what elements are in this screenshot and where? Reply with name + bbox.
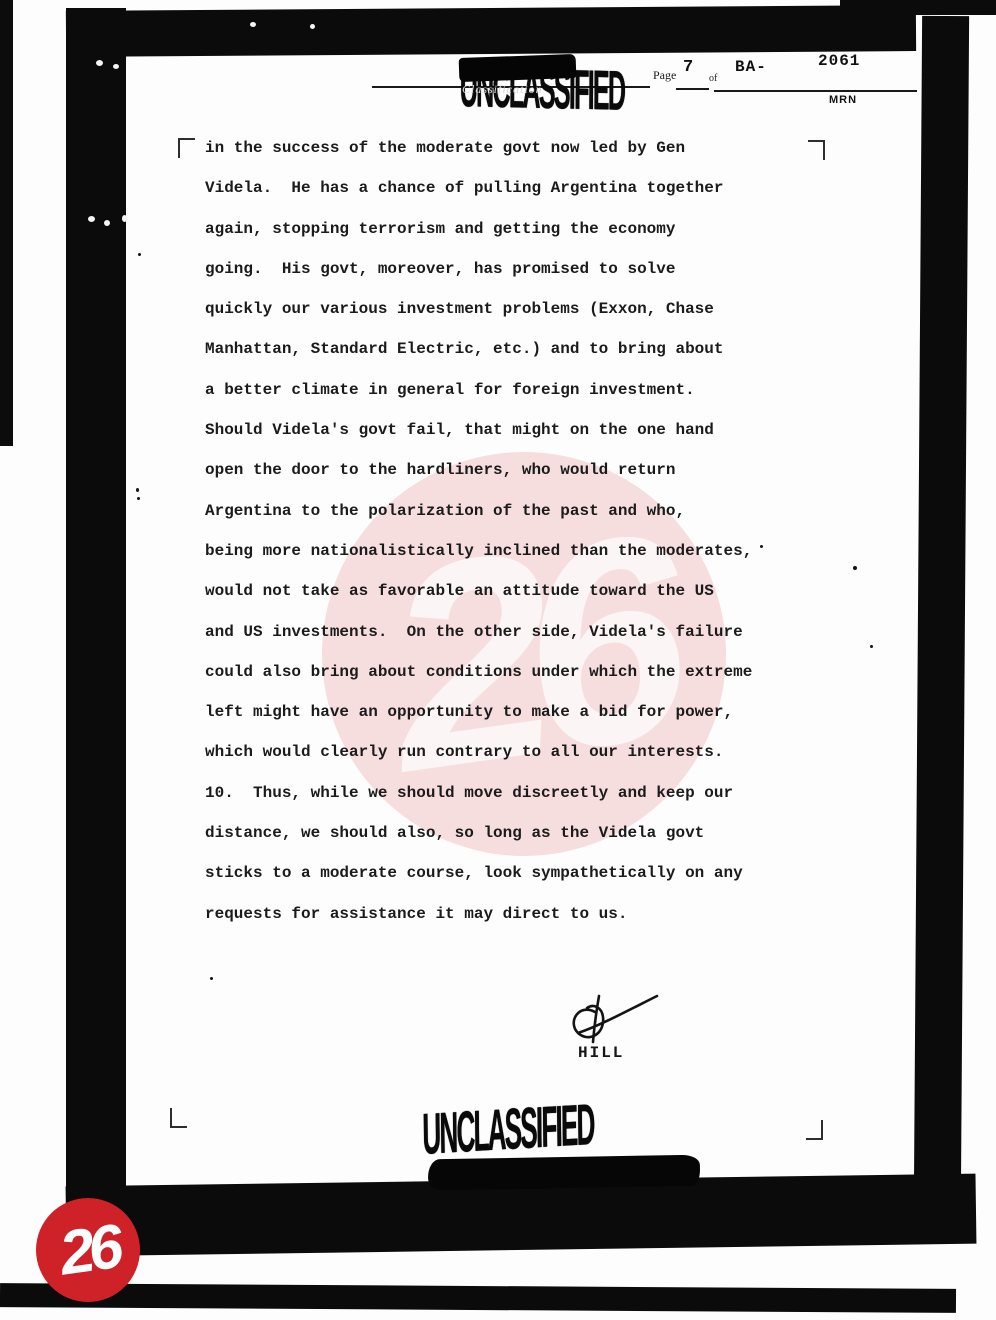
body-line: a better climate in general for foreign … bbox=[205, 370, 845, 410]
body-line: being more nationalistically inclined th… bbox=[205, 531, 845, 571]
body-line: open the door to the hardliners, who wou… bbox=[205, 450, 845, 490]
message-reference-underline bbox=[714, 90, 917, 92]
channel-26-logo-text: 26 bbox=[55, 1211, 121, 1289]
body-line: quickly our various investment problems … bbox=[205, 289, 845, 329]
body-line: in the success of the moderate govt now … bbox=[205, 128, 845, 168]
redaction-bar-bottom bbox=[428, 1155, 700, 1191]
body-line: Argentina to the polarization of the pas… bbox=[205, 491, 845, 531]
body-line: again, stopping terrorism and getting th… bbox=[205, 209, 845, 249]
of-label: of bbox=[709, 73, 717, 84]
scan-border-left bbox=[66, 8, 126, 1254]
scan-border-top-right bbox=[840, 0, 996, 15]
body-line: could also bring about conditions under … bbox=[205, 652, 845, 692]
corner-mark-bottom-right bbox=[806, 1120, 823, 1140]
body-line: Should Videla's govt fail, that might on… bbox=[205, 410, 845, 450]
page-label: Page bbox=[653, 68, 676, 83]
corner-mark-bottom-left bbox=[170, 1108, 187, 1128]
signature-name: HILL bbox=[578, 1044, 624, 1062]
channel-26-logo: 26 bbox=[36, 1198, 140, 1302]
classification-label: Classification bbox=[462, 82, 543, 97]
signature-scribble bbox=[565, 988, 675, 1050]
message-number: 2061 bbox=[818, 52, 860, 70]
series-prefix: BA- bbox=[735, 58, 767, 76]
body-line: which would clearly run contrary to all … bbox=[205, 732, 845, 772]
page-number-underline bbox=[676, 88, 709, 90]
body-line: going. His govt, moreover, has promised … bbox=[205, 249, 845, 289]
body-line: would not take as favorable an attitude … bbox=[205, 571, 845, 611]
scan-edge-strip bbox=[0, 0, 13, 446]
mrn-label: MRN bbox=[829, 94, 857, 106]
corner-mark-top-left bbox=[178, 138, 195, 158]
document-body: in the success of the moderate govt now … bbox=[205, 128, 845, 934]
body-line: Manhattan, Standard Electric, etc.) and … bbox=[205, 329, 845, 369]
scan-border-right bbox=[914, 16, 969, 1202]
scanned-document-page: 26 UNCLASSIFIED Classification Page 7 of… bbox=[0, 0, 996, 1320]
page-number: 7 bbox=[683, 58, 693, 77]
scan-border-top bbox=[66, 5, 916, 57]
body-line: distance, we should also, so long as the… bbox=[205, 813, 845, 853]
body-line: requests for assistance it may direct to… bbox=[205, 894, 845, 934]
body-line: sticks to a moderate course, look sympat… bbox=[205, 853, 845, 893]
body-line: left might have an opportunity to make a… bbox=[205, 692, 845, 732]
body-line: Videla. He has a chance of pulling Argen… bbox=[205, 168, 845, 208]
redaction-bar-top bbox=[459, 54, 577, 82]
scan-border-bottom-strip bbox=[0, 1283, 956, 1313]
body-line: 10. Thus, while we should move discreetl… bbox=[205, 773, 845, 813]
body-line: and US investments. On the other side, V… bbox=[205, 612, 845, 652]
